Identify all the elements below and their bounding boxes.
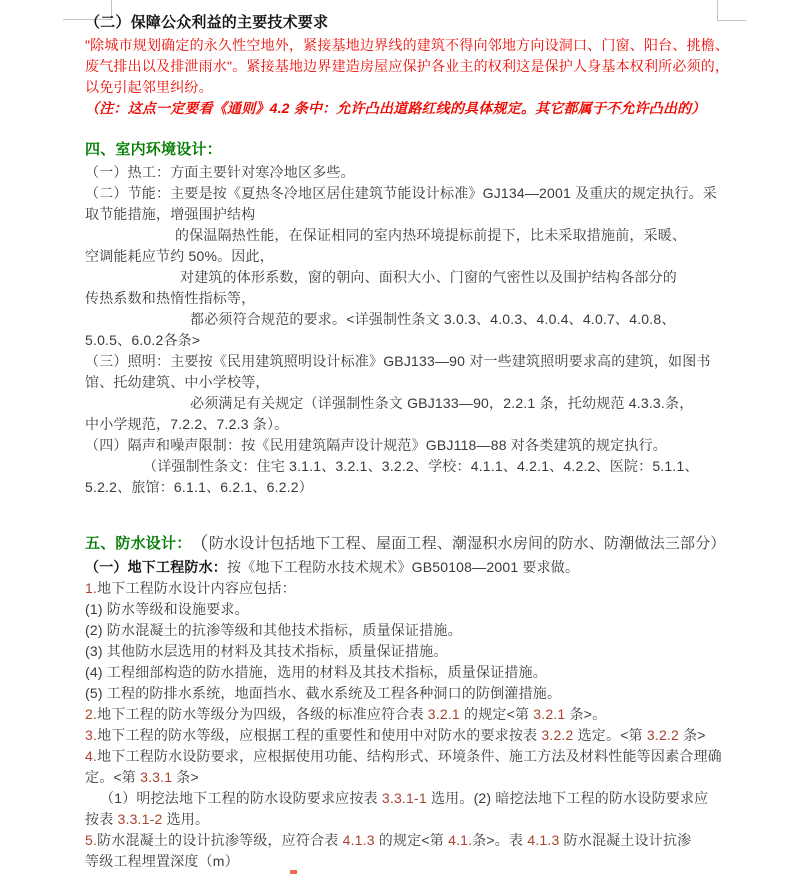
text-run: 防水混凝土的设计抗渗等级，应符合表 (97, 832, 343, 848)
text-run: 3.3.1 (140, 769, 172, 785)
text-run: 地下工程防水设防要求，应根据使用功能、结构形式、环境条件、施工方法及材料性能等因… (97, 748, 722, 764)
doc-line-14: 都必须符合规范的要求。<详强制性条文 3.0.3、4.0.3、4.0.4、4.0… (85, 309, 712, 330)
text-run: 的规定<第 (460, 706, 533, 722)
text-run: 地下工程的防水等级分为四级，各级的标准应符合表 (97, 706, 428, 722)
doc-line-35: （1）明挖法地下工程的防水设防要求应按表 3.3.1-1 选用。(2) 暗挖法地… (85, 788, 712, 809)
text-run: 4.1.3 (527, 832, 559, 848)
text-run: 必须满足有关规定（详强制性条文 GBJ133—90，2.2.1 条，托幼规范 4… (190, 395, 693, 411)
text-run: 4. (85, 748, 97, 764)
text-run: 按《地下工程防水技术规术》GB50108—2001 要求做。 (227, 559, 579, 575)
doc-line-8: （二）节能：主要是按《夏热冬冷地区居住建筑节能设计标准》GJ134—2001 及… (85, 183, 712, 204)
text-run: 3.2.1 (428, 706, 460, 722)
doc-line-6: 四、室内环境设计： (85, 138, 712, 162)
doc-line-28: (3) 其他防水层选用的材料及其技术指标，质量保证措施。 (85, 641, 712, 662)
doc-line-30: (5) 工程的防排水系统，地面挡水、截水系统及工程各种洞口的防倒灌措施。 (85, 683, 712, 704)
text-run: （详强制性条文：住宅 3.1.1、3.2.1、3.2.2、学校：4.1.1、4.… (143, 458, 699, 474)
margin-crop-mark-top-right-horizontal (717, 20, 746, 21)
margin-crop-mark-top-right-vertical (717, 0, 718, 20)
text-run: 3.3.1-2 (118, 811, 163, 827)
text-run: 选用。(2) 暗挖法地下工程的防水设防要求应 (427, 790, 709, 806)
doc-line-3: 废气排出以及排泄雨水"。紧接基地边界建造房屋应保护各业主的权利这是保护人身基本权… (85, 56, 712, 77)
doc-line-2: "除城市规划确定的永久性空地外，紧接基地边界线的建筑不得向邻地方向设洞口、门窗、… (85, 35, 712, 56)
doc-line-22: 5.2.2、旅馆：6.1.1、6.2.1、6.2.2） (85, 477, 712, 498)
text-run: 的保温隔热性能，在保证相同的室内热环境提标前提下，比未采取措施前，采暖、 (175, 227, 686, 243)
text-run: 四、室内环境设计： (85, 141, 222, 158)
text-run: 空调能耗应节约 50%。因此， (85, 248, 274, 264)
doc-line-27: (2) 防水混凝土的抗渗等级和其他技术指标，质量保证措施。 (85, 620, 712, 641)
text-run: 以免引起邻里纠纷。 (85, 79, 213, 95)
doc-line-9: 取节能措施，增强围护结构 (85, 204, 712, 225)
text-run: 地下工程的防水等级，应根据工程的重要性和使用中对防水的要求按表 (97, 727, 541, 743)
text-run: 五、防水设计： (85, 535, 184, 552)
text-run: 废气排出以及排泄雨水"。紧接基地边界建造房屋应保护各业主的权利这是保护人身基本权… (85, 58, 729, 74)
text-run: 1. (85, 580, 97, 596)
text-run: 的规定<第 (375, 832, 448, 848)
text-run: 中小学规范，7.2.2、7.2.3 条）。 (85, 416, 288, 432)
text-run: 条> (172, 769, 199, 785)
text-run: 防水混凝土设计抗渗 (559, 832, 691, 848)
doc-line-13: 传热系数和热惰性指标等， (85, 288, 712, 309)
text-run: （二）保障公众利益的主要技术要求 (85, 14, 328, 31)
text-run: 5. (85, 832, 97, 848)
text-run: （ (199, 534, 209, 555)
doc-line-4: 以免引起邻里纠纷。 (85, 77, 712, 98)
document-body: （二）保障公众利益的主要技术要求"除城市规划确定的永久性空地外，紧接基地边界线的… (85, 11, 712, 872)
text-run: （一）热工：方面主要针对寒冷地区多些。 (85, 164, 355, 180)
text-run: 条> (679, 727, 706, 743)
doc-line-5: （注：这点一定要看《通则》4.2 条中：允许凸出道路红线的具体规定。其它都属于不… (85, 98, 712, 119)
text-run: 按表 (85, 811, 118, 827)
text-run: 条>。 (565, 706, 606, 722)
text-run: 馆、托幼建筑、中小学校等， (85, 374, 270, 390)
text-run: （二）节能：主要是按《夏热冬冷地区居住建筑节能设计标准》GJ134—2001 及… (85, 185, 717, 201)
text-run: 对建筑的体形系数，窗的朝向、面积大小、门窗的气密性以及围护结构各部分的 (180, 269, 677, 285)
text-run: 4.1.3 (343, 832, 375, 848)
doc-line-10: 的保温隔热性能，在保证相同的室内热环境提标前提下，比未采取措施前，采暖、 (85, 225, 712, 246)
text-run: 定。<第 (85, 769, 140, 785)
doc-line-26: (1) 防水等级和设施要求。 (85, 599, 712, 620)
text-run: (2) 防水混凝土的抗渗等级和其他技术指标，质量保证措施。 (85, 622, 462, 638)
text-run: 等级工程埋置深度（m） (85, 853, 239, 869)
doc-line-7: （一）热工：方面主要针对寒冷地区多些。 (85, 162, 712, 183)
doc-line-15: 5.0.5、6.0.2各条> (85, 330, 712, 351)
doc-line-11: 空调能耗应节约 50%。因此， (85, 246, 712, 267)
doc-line-33: 4.地下工程防水设防要求，应根据使用功能、结构形式、环境条件、施工方法及材料性能… (85, 746, 712, 767)
doc-line-19: 中小学规范，7.2.2、7.2.3 条）。 (85, 414, 712, 435)
doc-line-25: 1.地下工程防水设计内容应包括： (85, 578, 712, 599)
doc-line-37: 5.防水混凝土的设计抗渗等级，应符合表 4.1.3 的规定<第 4.1.条>。表… (85, 830, 712, 851)
text-run: 3. (85, 727, 97, 743)
text-run: (3) 其他防水层选用的材料及其技术指标，质量保证措施。 (85, 643, 448, 659)
doc-line-24: （一）地下工程防水：按《地下工程防水技术规术》GB50108—2001 要求做。 (85, 557, 712, 578)
text-run: 3.2.2 (541, 727, 573, 743)
text-run: 取节能措施，增强围护结构 (85, 206, 255, 222)
text-run: 防水设计包括地下工程、屋面工程、潮湿积水房间的防水、防潮做法三部分） (209, 535, 726, 552)
doc-line-1: （二）保障公众利益的主要技术要求 (85, 11, 712, 35)
doc-line-20: （四）隔声和噪声限制：按《民用建筑隔声设计规范》GBJ118—88 对各类建筑的… (85, 435, 712, 456)
text-run: 5.2.2、旅馆：6.1.1、6.2.1、6.2.2） (85, 479, 313, 495)
doc-line-31: 2.地下工程的防水等级分为四级，各级的标准应符合表 3.2.1 的规定<第 3.… (85, 704, 712, 725)
text-run: 条>。表 (472, 832, 527, 848)
text-run: 5.0.5、6.0.2各条> (85, 332, 200, 348)
doc-line-17: 馆、托幼建筑、中小学校等， (85, 372, 712, 393)
text-run: 3.2.2 (647, 727, 679, 743)
text-run: 2. (85, 706, 97, 722)
text-run: "除城市规划确定的永久性空地外，紧接基地边界线的建筑不得向邻地方向设洞口、门窗、… (85, 37, 729, 53)
doc-line-32: 3.地下工程的防水等级，应根据工程的重要性和使用中对防水的要求按表 3.2.2 … (85, 725, 712, 746)
text-run: （一）地下工程防水： (85, 559, 227, 575)
text-run: （注：这点一定要看《通则》4.2 条中：允许凸出道路红线的具体规定。其它都属于不… (85, 100, 706, 116)
doc-line-34: 定。<第 3.3.1 条> (85, 767, 712, 788)
text-run: 都必须符合规范的要求。<详强制性条文 3.0.3、4.0.3、4.0.4、4.0… (190, 311, 676, 327)
text-run: 3.2.1 (533, 706, 565, 722)
doc-line-36: 按表 3.3.1-2 选用。 (85, 809, 712, 830)
doc-line-12: 对建筑的体形系数，窗的朝向、面积大小、门窗的气密性以及围护结构各部分的 (85, 267, 712, 288)
text-run (184, 535, 199, 552)
doc-line-16: （三）照明：主要按《民用建筑照明设计标准》GBJ133—90 对一些建筑照明要求… (85, 351, 712, 372)
doc-line-23: 五、防水设计： （防水设计包括地下工程、屋面工程、潮湿积水房间的防水、防潮做法三… (85, 532, 712, 557)
text-run: 地下工程防水设计内容应包括： (97, 580, 296, 596)
cutoff-red-text-fragment (290, 870, 297, 874)
doc-line-29: (4) 工程细部构造的防水措施，选用的材料及其技术指标，质量保证措施。 (85, 662, 712, 683)
text-run: 3.3.1-1 (382, 790, 427, 806)
text-run: (5) 工程的防排水系统，地面挡水、截水系统及工程各种洞口的防倒灌措施。 (85, 685, 561, 701)
doc-line-38: 等级工程埋置深度（m） (85, 851, 712, 872)
text-run: (1) 防水等级和设施要求。 (85, 601, 249, 617)
doc-line-21: （详强制性条文：住宅 3.1.1、3.2.1、3.2.2、学校：4.1.1、4.… (85, 456, 712, 477)
text-run: 选用。 (163, 811, 210, 827)
text-run: （四）隔声和噪声限制：按《民用建筑隔声设计规范》GBJ118—88 对各类建筑的… (85, 437, 667, 453)
doc-line-18: 必须满足有关规定（详强制性条文 GBJ133—90，2.2.1 条，托幼规范 4… (85, 393, 712, 414)
text-run: 传热系数和热惰性指标等， (85, 290, 255, 306)
text-run: (4) 工程细部构造的防水措施，选用的材料及其技术指标，质量保证措施。 (85, 664, 547, 680)
text-run: （1）明挖法地下工程的防水设防要求应按表 (100, 790, 382, 806)
text-run: 4.1. (448, 832, 472, 848)
text-run: 选定。<第 (574, 727, 647, 743)
text-run: （三）照明：主要按《民用建筑照明设计标准》GBJ133—90 对一些建筑照明要求… (85, 353, 711, 369)
